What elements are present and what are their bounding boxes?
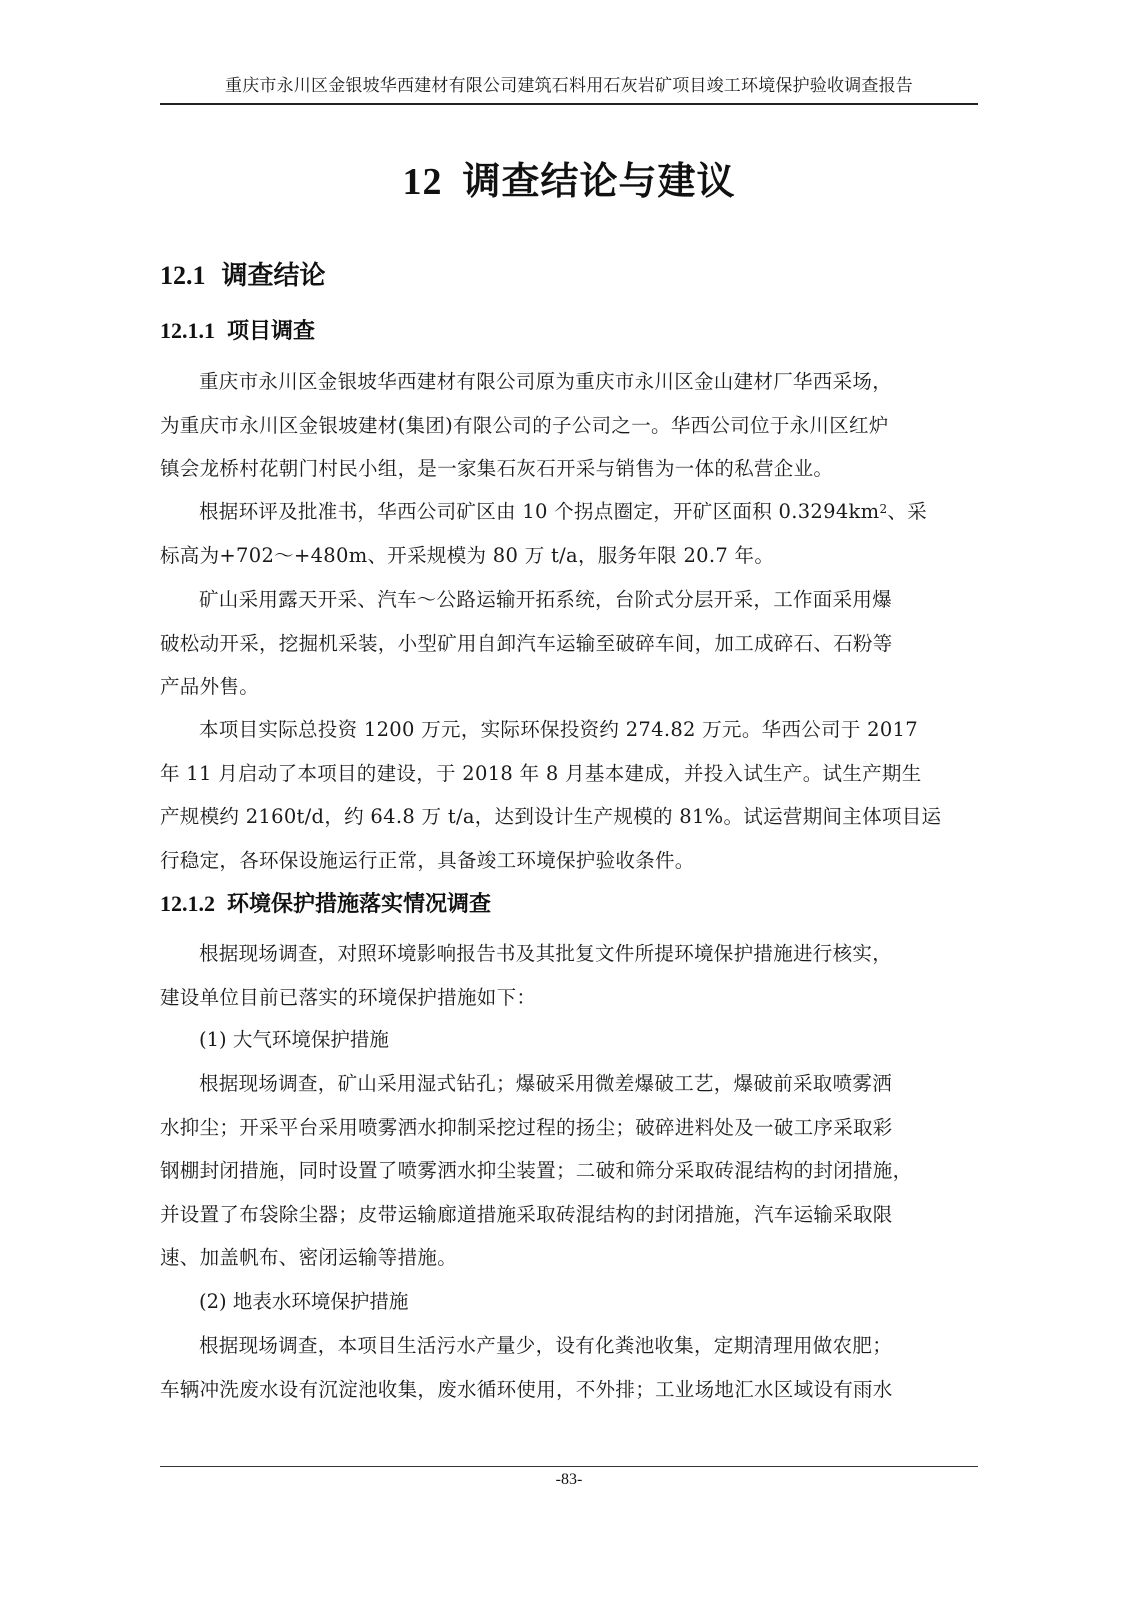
section-title: 环境保护措施落实情况调查 [227, 891, 491, 917]
text-line: 年 11 月启动了本项目的建设，于 2018 年 8 月基本建成，并投入试生产。… [160, 752, 978, 796]
paragraph-surface-water-measures: 根据现场调查，本项目生活污水产量少，设有化粪池收集，定期清理用做农肥； 车辆冲洗… [160, 1324, 978, 1411]
page-header: 重庆市永川区金银坡华西建材有限公司建筑石料用石灰岩矿项目竣工环境保护验收调查报告 [160, 74, 978, 98]
paragraph-air-measures: 根据现场调查，矿山采用湿式钻孔；爆破采用微差爆破工艺，爆破前采取喷雾洒 水抑尘；… [160, 1062, 978, 1280]
text-line: 建设单位目前已落实的环境保护措施如下： [160, 976, 978, 1020]
text-line: 行稳定，各环保设施运行正常，具备竣工环境保护验收条件。 [160, 839, 978, 883]
superscript: 2 [879, 502, 887, 516]
text-line: 根据现场调查，本项目生活污水产量少，设有化粪池收集，定期清理用做农肥； [160, 1324, 978, 1368]
text-line: 根据现场调查，对照环境影响报告书及其批复文件所提环境保护措施进行核实， [160, 932, 978, 976]
text-line: 标高为+702～+480m、开采规模为 80 万 t/a，服务年限 20.7 年… [160, 534, 978, 578]
paragraph-investment: 本项目实际总投资 1200 万元，实际环保投资约 274.82 万元。华西公司于… [160, 708, 978, 882]
text-segment: 根据环评及批准书，华西公司矿区由 10 个拐点圈定，开矿区面积 0.3294km [199, 500, 879, 523]
chapter-title: 12调查结论与建议 [160, 154, 978, 209]
text-line: 速、加盖帆布、密闭运输等措施。 [160, 1236, 978, 1280]
text-line: 为重庆市永川区金银坡建材(集团)有限公司的子公司之一。华西公司位于永川区红炉 [160, 404, 978, 448]
text-line: 车辆冲洗废水设有沉淀池收集，废水循环使用，不外排；工业场地汇水区域设有雨水 [160, 1368, 978, 1412]
section-heading-12-1-1: 12.1.1项目调查 [160, 315, 315, 347]
paragraph-company-background: 重庆市永川区金银坡华西建材有限公司原为重庆市永川区金山建材厂华西采场， 为重庆市… [160, 360, 978, 491]
section-heading-12-1-2: 12.1.2环境保护措施落实情况调查 [160, 888, 491, 920]
text-line: 破松动开采，挖掘机采装，小型矿用自卸汽车运输至破碎车间，加工成碎石、石粉等 [160, 622, 978, 666]
subheading-air-measures: (1) 大气环境保护措施 [160, 1018, 978, 1062]
text-line: 钢棚封闭措施，同时设置了喷雾洒水抑尘装置；二破和筛分采取砖混结构的封闭措施， [160, 1149, 978, 1193]
text-segment: 、采 [887, 500, 927, 523]
paragraph-measures-intro: 根据现场调查，对照环境影响报告书及其批复文件所提环境保护措施进行核实， 建设单位… [160, 932, 978, 1019]
text-line: 重庆市永川区金银坡华西建材有限公司原为重庆市永川区金山建材厂华西采场， [160, 360, 978, 404]
paragraph-mining-method: 矿山采用露天开采、汽车～公路运输开拓系统，台阶式分层开采，工作面采用爆 破松动开… [160, 578, 978, 709]
subheading-surface-water-measures: (2) 地表水环境保护措施 [160, 1280, 978, 1324]
section-number: 12.1.1 [160, 318, 215, 343]
section-title: 调查结论 [222, 261, 326, 291]
page-number: -83- [160, 1470, 978, 1490]
chapter-number: 12 [402, 161, 442, 203]
text-line: 镇会龙桥村花朝门村民小组，是一家集石灰石开采与销售为一体的私营企业。 [160, 447, 978, 491]
text-line: 并设置了布袋除尘器；皮带运输廊道措施采取砖混结构的封闭措施，汽车运输采取限 [160, 1193, 978, 1237]
chapter-title-text: 调查结论与建议 [462, 158, 735, 203]
text-line: 产规模约 2160t/d，约 64.8 万 t/a，达到设计生产规模的 81%。… [160, 795, 978, 839]
paragraph-mining-area: 根据环评及批准书，华西公司矿区由 10 个拐点圈定，开矿区面积 0.3294km… [160, 490, 978, 577]
text-line: 水抑尘；开采平台采用喷雾洒水抑制采挖过程的扬尘；破碎进料处及一破工序采取彩 [160, 1106, 978, 1150]
text-line: 根据现场调查，矿山采用湿式钻孔；爆破采用微差爆破工艺，爆破前采取喷雾洒 [160, 1062, 978, 1106]
section-title: 项目调查 [227, 318, 315, 344]
header-divider [160, 103, 978, 105]
section-heading-12-1: 12.1调查结论 [160, 258, 326, 294]
text-line: 本项目实际总投资 1200 万元，实际环保投资约 274.82 万元。华西公司于… [160, 708, 978, 752]
section-number: 12.1 [160, 261, 206, 290]
text-line: 产品外售。 [160, 665, 978, 709]
section-number: 12.1.2 [160, 891, 215, 916]
text-line: 根据环评及批准书，华西公司矿区由 10 个拐点圈定，开矿区面积 0.3294km… [160, 490, 978, 534]
text-line: 矿山采用露天开采、汽车～公路运输开拓系统，台阶式分层开采，工作面采用爆 [160, 578, 978, 622]
footer-divider [160, 1466, 978, 1467]
